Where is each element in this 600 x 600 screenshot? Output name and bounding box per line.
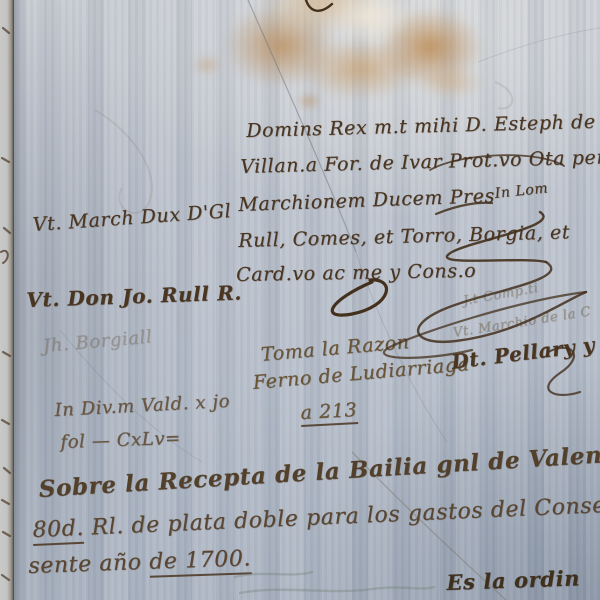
manuscript-page: Domins Rex m.t mihi D. Esteph de Villan.… (0, 0, 600, 600)
latin-line-5: Card.vo ac me y Cons.o (236, 260, 476, 286)
amount-underlined: 80d. (32, 516, 85, 546)
year-underlined: de 1700. (149, 546, 252, 578)
toma-razon-folio: a 213 (300, 399, 358, 424)
folio-ref-underlined: a 213 (300, 399, 358, 427)
bottom-right-note: Es la ordin (446, 565, 580, 595)
stain-dot (192, 56, 222, 74)
margin-folio-number: fol — CxLv= (60, 428, 181, 453)
summary-line-3-start: sente año (28, 550, 150, 579)
stain-dot (298, 94, 320, 108)
stain-blob (418, 66, 482, 98)
